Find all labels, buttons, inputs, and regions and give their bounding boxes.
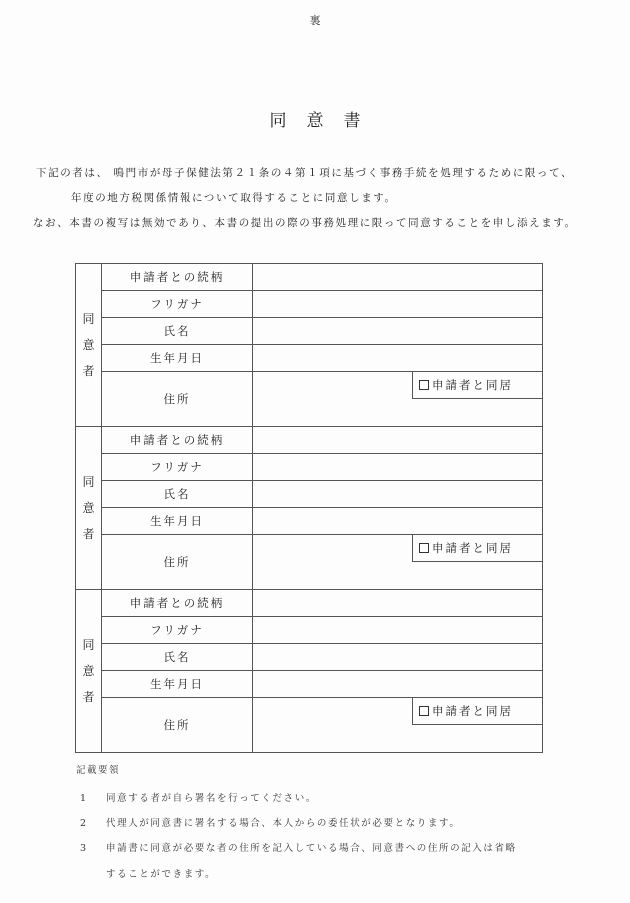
relationship-label: 申請者との続柄 bbox=[102, 590, 253, 616]
side-char: 意 bbox=[82, 332, 94, 358]
furigana-label: フリガナ bbox=[102, 454, 253, 480]
address-label: 住所 bbox=[102, 698, 253, 752]
consenter-side-label: 同 意 者 bbox=[76, 264, 102, 426]
furigana-label: フリガナ bbox=[102, 617, 253, 643]
address-row: 住所 申請者と同居 bbox=[102, 535, 542, 589]
consenter-block-3: 同 意 者 申請者との続柄 フリガナ 氏名 生年月日 住所 申請者と同居 bbox=[75, 589, 543, 753]
birthdate-label: 生年月日 bbox=[102, 671, 253, 697]
cohabit-checkbox[interactable]: 申請者と同居 bbox=[412, 698, 542, 725]
document-title: 同意書 bbox=[0, 106, 630, 131]
side-char: 同 bbox=[82, 632, 94, 658]
side-char: 者 bbox=[82, 521, 94, 547]
note-item-2: 2代理人が同意書に署名する場合、本人からの委任状が必要となります。 bbox=[76, 815, 460, 829]
side-char: 同 bbox=[82, 469, 94, 495]
birthdate-label: 生年月日 bbox=[102, 345, 253, 371]
birthdate-field[interactable] bbox=[253, 345, 542, 371]
checkbox-icon[interactable] bbox=[419, 380, 429, 390]
furigana-field[interactable] bbox=[253, 291, 542, 317]
side-char: 同 bbox=[82, 306, 94, 332]
note-text: 同意する者が自ら署名を行ってください。 bbox=[106, 793, 317, 804]
furigana-field[interactable] bbox=[253, 454, 542, 480]
side-char: 者 bbox=[82, 684, 94, 710]
relationship-label: 申請者との続柄 bbox=[102, 264, 253, 290]
relationship-row: 申請者との続柄 bbox=[102, 590, 542, 617]
consenter-block-1: 同 意 者 申請者との続柄 フリガナ 氏名 生年月日 住所 申請者と同居 bbox=[75, 263, 543, 426]
relationship-field[interactable] bbox=[253, 264, 542, 290]
name-field[interactable] bbox=[253, 644, 542, 670]
relationship-label: 申請者との続柄 bbox=[102, 427, 253, 453]
name-label: 氏名 bbox=[102, 644, 253, 670]
intro-paragraph-line-3: なお、本書の複写は無効であり、本書の提出の際の事務処理に限って同意することを申し… bbox=[33, 215, 577, 230]
address-row: 住所 申請者と同居 bbox=[102, 372, 542, 426]
furigana-row: フリガナ bbox=[102, 617, 542, 644]
name-label: 氏名 bbox=[102, 318, 253, 344]
furigana-field[interactable] bbox=[253, 617, 542, 643]
cohabit-label: 申請者と同居 bbox=[432, 377, 513, 393]
furigana-row: フリガナ bbox=[102, 291, 542, 318]
consenter-block-2: 同 意 者 申請者との続柄 フリガナ 氏名 生年月日 住所 申請者と同居 bbox=[75, 426, 543, 589]
name-row: 氏名 bbox=[102, 644, 542, 671]
name-label: 氏名 bbox=[102, 481, 253, 507]
note-number: 1 bbox=[76, 793, 106, 804]
side-char: 意 bbox=[82, 495, 94, 521]
birthdate-row: 生年月日 bbox=[102, 671, 542, 698]
note-text: することができます。 bbox=[106, 869, 216, 880]
cohabit-label: 申請者と同居 bbox=[432, 703, 513, 719]
cohabit-checkbox[interactable]: 申請者と同居 bbox=[412, 372, 542, 399]
relationship-field[interactable] bbox=[253, 427, 542, 453]
note-number: 3 bbox=[76, 843, 106, 854]
consenter-side-label: 同 意 者 bbox=[76, 427, 102, 589]
birthdate-field[interactable] bbox=[253, 671, 542, 697]
birthdate-label: 生年月日 bbox=[102, 508, 253, 534]
note-item-3: 3申請書に同意が必要な者の住所を記入している場合、同意書への住所の記入は省略 bbox=[76, 840, 517, 854]
relationship-field[interactable] bbox=[253, 590, 542, 616]
page-side-label: 裏 bbox=[0, 12, 630, 28]
note-item-1: 1同意する者が自ら署名を行ってください。 bbox=[76, 790, 317, 804]
furigana-row: フリガナ bbox=[102, 454, 542, 481]
cohabit-checkbox[interactable]: 申請者と同居 bbox=[412, 535, 542, 562]
intro-paragraph-line-2: 年度の地方税関係情報について取得することに同意します。 bbox=[71, 190, 397, 205]
birthdate-row: 生年月日 bbox=[102, 508, 542, 535]
birthdate-row: 生年月日 bbox=[102, 345, 542, 372]
checkbox-icon[interactable] bbox=[419, 706, 429, 716]
name-row: 氏名 bbox=[102, 481, 542, 508]
cohabit-label: 申請者と同居 bbox=[432, 540, 513, 556]
relationship-row: 申請者との続柄 bbox=[102, 427, 542, 454]
name-row: 氏名 bbox=[102, 318, 542, 345]
side-char: 意 bbox=[82, 658, 94, 684]
address-label: 住所 bbox=[102, 535, 253, 589]
note-text: 申請書に同意が必要な者の住所を記入している場合、同意書への住所の記入は省略 bbox=[106, 843, 517, 854]
consenter-side-label: 同 意 者 bbox=[76, 590, 102, 752]
name-field[interactable] bbox=[253, 481, 542, 507]
note-text: 代理人が同意書に署名する場合、本人からの委任状が必要となります。 bbox=[106, 818, 460, 829]
name-field[interactable] bbox=[253, 318, 542, 344]
checkbox-icon[interactable] bbox=[419, 543, 429, 553]
note-number: 2 bbox=[76, 818, 106, 829]
address-label: 住所 bbox=[102, 372, 253, 426]
address-row: 住所 申請者と同居 bbox=[102, 698, 542, 752]
birthdate-field[interactable] bbox=[253, 508, 542, 534]
notes-heading: 記載要領 bbox=[76, 762, 120, 776]
furigana-label: フリガナ bbox=[102, 291, 253, 317]
note-item-3-continued: することができます。 bbox=[76, 866, 216, 880]
side-char: 者 bbox=[82, 358, 94, 384]
relationship-row: 申請者との続柄 bbox=[102, 264, 542, 291]
consent-table: 同 意 者 申請者との続柄 フリガナ 氏名 生年月日 住所 申請者と同居 bbox=[75, 263, 543, 753]
intro-paragraph-line-1: 下記の者は、 鳴門市が母子保健法第２１条の４第１項に基づく事務手続を処理するため… bbox=[36, 165, 573, 180]
